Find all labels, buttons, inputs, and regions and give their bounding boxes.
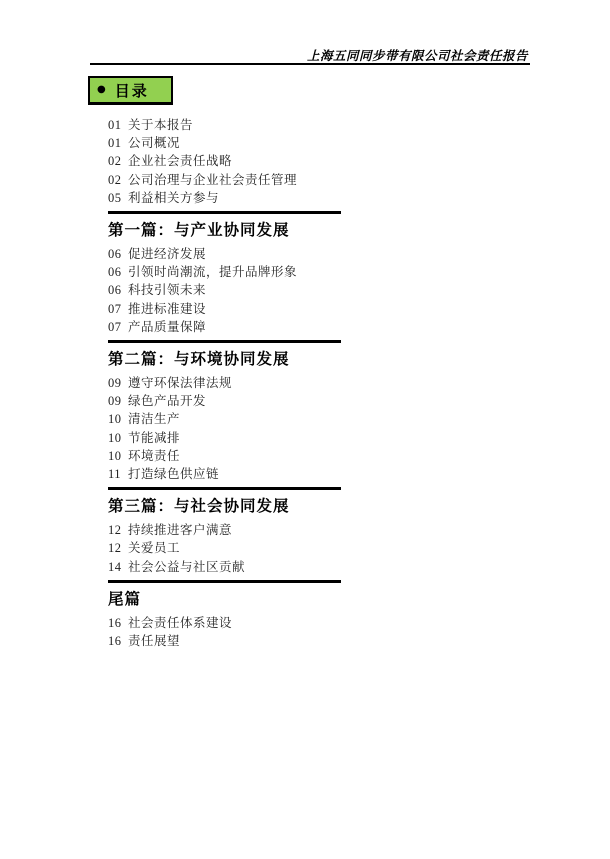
toc-entry-label: 打造绿色供应链 bbox=[128, 465, 219, 483]
header-rule bbox=[90, 63, 530, 65]
toc-entry-page: 02 bbox=[108, 152, 128, 170]
toc-entry-label: 利益相关方参与 bbox=[128, 189, 219, 207]
toc-entry[interactable]: 09 遵守环保法律法规 bbox=[108, 374, 448, 392]
toc-section-list: 09 遵守环保法律法规 09 绿色产品开发 10 清洁生产 10 节能减排 10 bbox=[108, 374, 448, 483]
toc-entry-label: 引领时尚潮流，提升品牌形象 bbox=[128, 263, 297, 281]
toc-entry-page: 11 bbox=[108, 465, 128, 483]
toc-entry[interactable]: 01 关于本报告 bbox=[108, 116, 448, 134]
toc-entry[interactable]: 12 持续推进客户满意 bbox=[108, 521, 448, 539]
toc-entry[interactable]: 10 环境责任 bbox=[108, 447, 448, 465]
toc-entry-page: 09 bbox=[108, 374, 128, 392]
toc-entry[interactable]: 10 清洁生产 bbox=[108, 410, 448, 428]
toc-entry[interactable]: 01 公司概况 bbox=[108, 134, 448, 152]
toc-entry-page: 01 bbox=[108, 116, 128, 134]
toc-entry[interactable]: 11 打造绿色供应链 bbox=[108, 465, 448, 483]
toc-entry-page: 10 bbox=[108, 429, 128, 447]
toc-entry-page: 16 bbox=[108, 614, 128, 632]
toc-section-1: 第一篇：与产业协同发展 06 促进经济发展 06 引领时尚潮流，提升品牌形象 0… bbox=[108, 211, 448, 336]
toc-entry-page: 07 bbox=[108, 300, 128, 318]
toc-entry-page: 07 bbox=[108, 318, 128, 336]
toc-entry-label: 遵守环保法律法规 bbox=[128, 374, 232, 392]
toc-entry[interactable]: 16 社会责任体系建设 bbox=[108, 614, 448, 632]
toc-section-3: 第三篇：与社会协同发展 12 持续推进客户满意 12 关爱员工 14 社会公益与… bbox=[108, 487, 448, 576]
toc-entry[interactable]: 06 促进经济发展 bbox=[108, 245, 448, 263]
toc-entry-label: 节能减排 bbox=[128, 429, 180, 447]
toc-entry-label: 清洁生产 bbox=[128, 410, 180, 428]
toc-entry-page: 06 bbox=[108, 263, 128, 281]
toc-entry-label: 关于本报告 bbox=[128, 116, 193, 134]
toc-entry[interactable]: 07 推进标准建设 bbox=[108, 300, 448, 318]
toc-entry[interactable]: 07 产品质量保障 bbox=[108, 318, 448, 336]
toc-entry-label: 环境责任 bbox=[128, 447, 180, 465]
toc-entry-label: 促进经济发展 bbox=[128, 245, 206, 263]
toc-entry[interactable]: 06 科技引领未来 bbox=[108, 281, 448, 299]
toc-entry[interactable]: 16 责任展望 bbox=[108, 632, 448, 650]
toc-entry-page: 05 bbox=[108, 189, 128, 207]
toc-section-4: 尾篇 16 社会责任体系建设 16 责任展望 bbox=[108, 580, 448, 650]
toc-entry-label: 社会责任体系建设 bbox=[128, 614, 232, 632]
section-divider bbox=[108, 580, 341, 583]
toc-entry[interactable]: 09 绿色产品开发 bbox=[108, 392, 448, 410]
toc-entry-page: 14 bbox=[108, 558, 128, 576]
report-header-title: 上海五同同步带有限公司社会责任报告 bbox=[307, 46, 528, 64]
toc-entry[interactable]: 05 利益相关方参与 bbox=[108, 189, 448, 207]
toc-entry[interactable]: 06 引领时尚潮流，提升品牌形象 bbox=[108, 263, 448, 281]
toc-section-list: 16 社会责任体系建设 16 责任展望 bbox=[108, 614, 448, 650]
toc-entry[interactable]: 12 关爱员工 bbox=[108, 539, 448, 557]
toc-title-box: ● 目录 bbox=[88, 76, 173, 105]
section-heading: 第一篇：与产业协同发展 bbox=[108, 220, 448, 240]
toc-entry-page: 01 bbox=[108, 134, 128, 152]
toc-entry-page: 10 bbox=[108, 447, 128, 465]
toc-entry[interactable]: 14 社会公益与社区贡献 bbox=[108, 558, 448, 576]
toc-entry-label: 企业社会责任战略 bbox=[128, 152, 232, 170]
toc-section-list: 06 促进经济发展 06 引领时尚潮流，提升品牌形象 06 科技引领未来 07 … bbox=[108, 245, 448, 336]
toc-entry-label: 持续推进客户满意 bbox=[128, 521, 232, 539]
toc-front-matter-list: 01 关于本报告 01 公司概况 02 企业社会责任战略 02 公司治理与企业社… bbox=[108, 116, 448, 207]
section-divider bbox=[108, 340, 341, 343]
toc-entry-label: 公司概况 bbox=[128, 134, 180, 152]
section-heading: 第三篇：与社会协同发展 bbox=[108, 496, 448, 516]
section-heading: 尾篇 bbox=[108, 589, 448, 609]
toc-section-list: 12 持续推进客户满意 12 关爱员工 14 社会公益与社区贡献 bbox=[108, 521, 448, 576]
toc-entry-label: 关爱员工 bbox=[128, 539, 180, 557]
toc-entry-label: 公司治理与企业社会责任管理 bbox=[128, 171, 297, 189]
bullet-icon: ● bbox=[97, 85, 106, 95]
toc-entry-label: 责任展望 bbox=[128, 632, 180, 650]
toc-entry-page: 09 bbox=[108, 392, 128, 410]
toc-entry-label: 科技引领未来 bbox=[128, 281, 206, 299]
toc-entry-label: 绿色产品开发 bbox=[128, 392, 206, 410]
toc-entry-page: 06 bbox=[108, 245, 128, 263]
section-heading: 第二篇：与环境协同发展 bbox=[108, 349, 448, 369]
toc-section-2: 第二篇：与环境协同发展 09 遵守环保法律法规 09 绿色产品开发 10 清洁生… bbox=[108, 340, 448, 483]
document-page: 上海五同同步带有限公司社会责任报告 ● 目录 01 关于本报告 01 公司概况 … bbox=[0, 0, 610, 859]
toc-entry-page: 12 bbox=[108, 521, 128, 539]
toc-title: 目录 bbox=[115, 80, 149, 101]
section-divider bbox=[108, 211, 341, 214]
toc-entry-label: 社会公益与社区贡献 bbox=[128, 558, 245, 576]
toc-entry[interactable]: 02 企业社会责任战略 bbox=[108, 152, 448, 170]
toc-entry-label: 推进标准建设 bbox=[128, 300, 206, 318]
toc-entry-page: 12 bbox=[108, 539, 128, 557]
section-divider bbox=[108, 487, 341, 490]
toc-entry[interactable]: 10 节能减排 bbox=[108, 429, 448, 447]
toc-entry-page: 10 bbox=[108, 410, 128, 428]
toc-entry-page: 02 bbox=[108, 171, 128, 189]
toc-entry-label: 产品质量保障 bbox=[128, 318, 206, 336]
toc-entry[interactable]: 02 公司治理与企业社会责任管理 bbox=[108, 171, 448, 189]
toc-column: 01 关于本报告 01 公司概况 02 企业社会责任战略 02 公司治理与企业社… bbox=[108, 116, 448, 650]
toc-entry-page: 06 bbox=[108, 281, 128, 299]
toc-entry-page: 16 bbox=[108, 632, 128, 650]
